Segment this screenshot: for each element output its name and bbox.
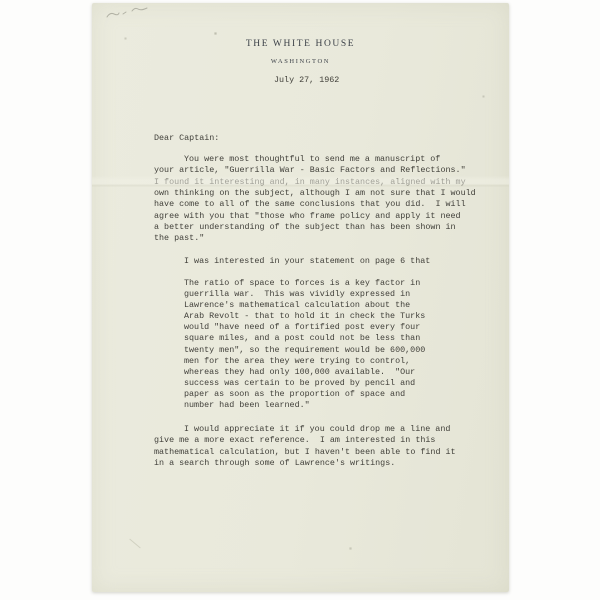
letterhead-title: THE WHITE HOUSE: [92, 39, 509, 49]
small-crease-mark: [129, 539, 140, 549]
letter-date: July 27, 1962: [274, 75, 339, 86]
letter-page: THE WHITE HOUSE WASHINGTON July 27, 1962…: [92, 3, 509, 592]
salutation: Dear Captain:: [154, 133, 219, 144]
blockquote-lawrence-calculation: The ratio of space to forces is a key fa…: [184, 278, 425, 411]
letterhead-subtitle: WASHINGTON: [92, 58, 509, 65]
scan-background: THE WHITE HOUSE WASHINGTON July 27, 1962…: [0, 0, 600, 600]
paper-specks: [92, 3, 93, 4]
pencil-annotation-illegible: [105, 6, 151, 22]
paragraph-closing-request: I would appreciate it if you could drop …: [154, 424, 456, 469]
paragraph-page6-intro: I was interested in your statement on pa…: [154, 256, 430, 267]
paragraph-opening: You were most thoughtful to send me a ma…: [154, 154, 476, 245]
